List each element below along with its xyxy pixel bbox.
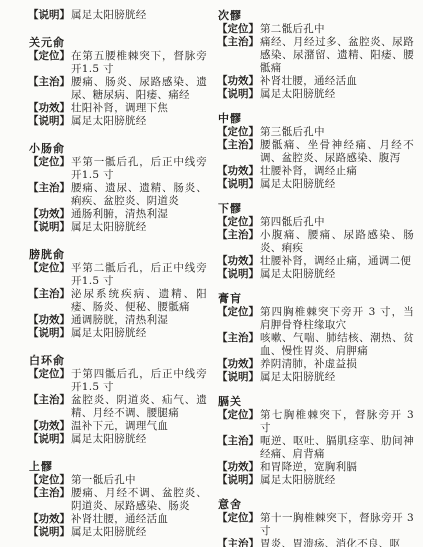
entry-text: 于第四骶后孔，后正中线旁开1.5 寸: [71, 368, 207, 393]
entry-line: 【主治】 咳嗽、气喘、肺结核、潮热、贫血、慢性胃炎、肩胛痛: [217, 332, 414, 358]
column-left: 【说明】 属足太阳膀胱经 关元俞 【定位】 在第五腰椎棘突下，督脉旁开1.5 寸…: [28, 9, 207, 539]
entry-line: 【定位】 第二骶后孔中: [217, 23, 414, 36]
entry-label: 【说明】: [217, 474, 259, 487]
entry-line: 【说明】 属足太阳膀胱经: [217, 474, 414, 487]
entry-text: 通调膀胱，清热利湿: [71, 314, 168, 326]
entry-line: 【主治】 呃逆、呕吐、膈肌痉挛、肋间神经痛、肩背痛: [217, 435, 414, 461]
acupoint-name: 中髎: [218, 112, 414, 125]
entry-line: 【定位】 第七胸椎棘突下，督脉旁开 3 寸: [217, 409, 414, 435]
entry-text: 补肾壮腰，通经活血: [260, 75, 357, 87]
entry-line: 【定位】 第三骶后孔中: [217, 126, 414, 139]
entry-label: 【功效】: [28, 420, 70, 433]
acupoint-name: 白环俞: [29, 354, 207, 367]
entry-label: 【说明】: [28, 327, 70, 340]
entry-label: 【主治】: [217, 139, 259, 152]
entry-list: 【定位】 于第四骶后孔，后正中线旁开1.5 寸 【主治】 盆腔炎、阴道炎、疝气、…: [28, 368, 207, 446]
entry-label: 【定位】: [217, 126, 259, 139]
entry-text: 第十一胸椎棘突下，督脉旁开 3 寸: [260, 512, 414, 537]
entry-text: 腰痛、月经不调、盆腔炎、阴道炎、尿路感染、肠炎: [71, 487, 207, 512]
entry-line: 【定位】 第四骶后孔中: [217, 216, 414, 229]
entry-list: 【定位】 第十一胸椎棘突下，督脉旁开 3 寸 【主治】 胃炎、胃溃疡、消化不良、…: [217, 512, 414, 547]
entry-label: 【功效】: [217, 461, 259, 474]
entry-text: 呃逆、呕吐、膈肌痉挛、肋间神经痛、肩背痛: [260, 435, 414, 460]
entry-label: 【主治】: [28, 394, 70, 407]
entry-label: 【定位】: [28, 368, 70, 381]
entry-text: 壮腰补肾，调经止痛: [260, 165, 357, 177]
entry-text: 养阴清肺，补虚益损: [260, 358, 357, 370]
entry-label: 【功效】: [28, 513, 70, 526]
entry-label: 【主治】: [28, 76, 70, 89]
entry-line: 【定位】 第一骶后孔中: [28, 474, 207, 487]
entry-label: 【主治】: [28, 487, 70, 500]
acupoint-name: 膏肓: [218, 292, 414, 305]
entry-list: 【定位】 第四骶后孔中 【主治】 小腹痛、腰痛、尿路感染、肠炎、痢疾 【功效】 …: [217, 216, 414, 281]
acupoint-name: 小肠俞: [29, 142, 207, 155]
entry-label: 【说明】: [217, 88, 259, 101]
entry-label: 【功效】: [28, 314, 70, 327]
entry-text: 痛经、月经过多、盆腔炎、尿路感染、尿潴留、遗精、阳痿、腰骶痛: [260, 36, 414, 74]
entry-text: 第三骶后孔中: [260, 126, 325, 138]
entry-text: 盆腔炎、阴道炎、疝气、遗精、月经不调、腰腿痛: [71, 394, 207, 419]
entry-text: 平第二骶后孔，后正中线旁开1.5 寸: [71, 262, 207, 287]
entry-label: 【说明】: [28, 433, 70, 446]
entry-line: 【功效】 和胃降逆，宽胸利膈: [217, 461, 414, 474]
entry-list: 【定位】 第七胸椎棘突下，督脉旁开 3 寸 【主治】 呃逆、呕吐、膈肌痉挛、肋间…: [217, 409, 414, 487]
entry-text: 属足太阳膀胱经: [260, 371, 336, 383]
entry-list: 【定位】 平第二骶后孔，后正中线旁开1.5 寸 【主治】 泌尿系统疾病、遗精、阳…: [28, 262, 207, 340]
entry-line: 【主治】 腰痛、月经不调、盆腔炎、阴道炎、尿路感染、肠炎: [28, 487, 207, 513]
entry-text: 属足太阳膀胱经: [260, 268, 336, 280]
acupoint-name: 意舍: [218, 498, 414, 511]
entry-text: 胃炎、胃溃疡、消化不良、呕: [260, 538, 400, 547]
entry-text: 第四骶后孔中: [260, 216, 325, 228]
acupoint-name: 膀胱俞: [29, 248, 207, 261]
entry-text: 咳嗽、气喘、肺结核、潮热、贫血、慢性胃炎、肩胛痛: [260, 332, 414, 357]
entry-text: 平第一骶后孔，后正中线旁开1.5 寸: [71, 156, 207, 181]
entry-list: 【定位】 第四胸椎棘突下旁开 3 寸，当肩胛骨脊柱缘取穴 【主治】 咳嗽、气喘、…: [217, 306, 414, 384]
entry-text: 属足太阳膀胱经: [71, 115, 147, 127]
acupoint-section: 次髎 【定位】 第二骶后孔中 【主治】 痛经、月经过多、盆腔炎、尿路感染、尿潴留…: [217, 9, 414, 101]
entry-line: 【功效】 养阴清肺，补虚益损: [217, 358, 414, 371]
entry-label: 【说明】: [217, 268, 259, 281]
entry-line: 【定位】 平第二骶后孔，后正中线旁开1.5 寸: [28, 262, 207, 288]
entry-list: 【定位】 第三骶后孔中 【主治】 腰骶痛、坐骨神经痛、月经不调、盆腔炎、尿路感染…: [217, 126, 414, 191]
entry-line: 【定位】 在第五腰椎棘突下，督脉旁开1.5 寸: [28, 50, 207, 76]
acupoint-section: 上髎 【定位】 第一骶后孔中 【主治】 腰痛、月经不调、盆腔炎、阴道炎、尿路感染…: [28, 460, 207, 539]
acupoint-name: 下髎: [218, 202, 414, 215]
entry-line: 【说明】 属足太阳膀胱经: [28, 327, 207, 340]
entry-text: 属足太阳膀胱经: [71, 221, 147, 233]
entry-label: 【说明】: [28, 9, 70, 22]
acupoint-section: 白环俞 【定位】 于第四骶后孔，后正中线旁开1.5 寸 【主治】 盆腔炎、阴道炎…: [28, 354, 207, 446]
entry-text: 小腹痛、腰痛、尿路感染、肠炎、痢疾: [260, 229, 414, 254]
acupoint-section: 下髎 【定位】 第四骶后孔中 【主治】 小腹痛、腰痛、尿路感染、肠炎、痢疾 【功…: [217, 202, 414, 281]
acupoint-section: 关元俞 【定位】 在第五腰椎棘突下，督脉旁开1.5 寸 【主治】 腰痛、肠炎、尿…: [28, 36, 207, 128]
entry-label: 【主治】: [28, 288, 70, 301]
acupoint-section: 中髎 【定位】 第三骶后孔中 【主治】 腰骶痛、坐骨神经痛、月经不调、盆腔炎、尿…: [217, 112, 414, 191]
entry-label: 【主治】: [217, 435, 259, 448]
entry-text: 属足太阳膀胱经: [260, 88, 336, 100]
entry-line: 【说明】 属足太阳膀胱经: [28, 9, 207, 22]
entry-text: 通肠利腑，清热利湿: [71, 208, 168, 220]
acupoint-name: 膈关: [218, 395, 414, 408]
entry-text: 属足太阳膀胱经: [260, 474, 336, 486]
entry-line: 【主治】 痛经、月经过多、盆腔炎、尿路感染、尿潴留、遗精、阳痿、腰骶痛: [217, 36, 414, 75]
column-right: 次髎 【定位】 第二骶后孔中 【主治】 痛经、月经过多、盆腔炎、尿路感染、尿潴留…: [217, 9, 414, 547]
entry-text: 属足太阳膀胱经: [71, 327, 147, 339]
entry-label: 【功效】: [217, 358, 259, 371]
entry-list: 【说明】 属足太阳膀胱经: [28, 9, 207, 22]
entry-text: 和胃降逆，宽胸利膈: [260, 461, 357, 473]
entry-label: 【定位】: [217, 306, 259, 319]
entry-label: 【功效】: [217, 75, 259, 88]
entry-line: 【主治】 胃炎、胃溃疡、消化不良、呕: [217, 538, 414, 547]
acupoint-section: 膀胱俞 【定位】 平第二骶后孔，后正中线旁开1.5 寸 【主治】 泌尿系统疾病、…: [28, 248, 207, 340]
entry-line: 【主治】 泌尿系统疾病、遗精、阳痿、肠炎、便秘、腰骶痛: [28, 288, 207, 314]
entry-line: 【功效】 壮阳补肾，调理下焦: [28, 102, 207, 115]
entry-line: 【说明】 属足太阳膀胱经: [28, 433, 207, 446]
entry-text: 补肾壮腰，通经活血: [71, 513, 168, 525]
entry-line: 【定位】 第四胸椎棘突下旁开 3 寸，当肩胛骨脊柱缘取穴: [217, 306, 414, 332]
acupoint-section: 膈关 【定位】 第七胸椎棘突下，督脉旁开 3 寸 【主治】 呃逆、呕吐、膈肌痉挛…: [217, 395, 414, 487]
entry-line: 【定位】 第十一胸椎棘突下，督脉旁开 3 寸: [217, 512, 414, 538]
entry-label: 【定位】: [28, 50, 70, 63]
entry-text: 在第五腰椎棘突下，督脉旁开1.5 寸: [71, 50, 207, 75]
entry-line: 【说明】 属足太阳膀胱经: [217, 88, 414, 101]
entry-text: 属足太阳膀胱经: [260, 178, 336, 190]
entry-text: 泌尿系统疾病、遗精、阳痿、肠炎、便秘、腰骶痛: [71, 288, 207, 313]
entry-line: 【说明】 属足太阳膀胱经: [28, 526, 207, 539]
entry-text: 腰骶痛、坐骨神经痛、月经不调、盆腔炎、尿路感染、腹泻: [260, 139, 414, 164]
entry-line: 【主治】 腰痛、遗尿、遗精、肠炎、痢疾、盆腔炎、阴道炎: [28, 182, 207, 208]
entry-label: 【功效】: [28, 208, 70, 221]
entry-list: 【定位】 第二骶后孔中 【主治】 痛经、月经过多、盆腔炎、尿路感染、尿潴留、遗精…: [217, 23, 414, 101]
entry-line: 【主治】 腰骶痛、坐骨神经痛、月经不调、盆腔炎、尿路感染、腹泻: [217, 139, 414, 165]
entry-list: 【定位】 平第一骶后孔，后正中线旁开1.5 寸 【主治】 腰痛、遗尿、遗精、肠炎…: [28, 156, 207, 234]
entry-line: 【主治】 盆腔炎、阴道炎、疝气、遗精、月经不调、腰腿痛: [28, 394, 207, 420]
book-page: { "page": { "background": "#fbfbf9", "te…: [0, 0, 423, 547]
entry-label: 【功效】: [217, 255, 259, 268]
entry-label: 【功效】: [217, 165, 259, 178]
entry-label: 【说明】: [217, 178, 259, 191]
acupoint-name: 次髎: [218, 9, 414, 22]
entry-list: 【定位】 第一骶后孔中 【主治】 腰痛、月经不调、盆腔炎、阴道炎、尿路感染、肠炎…: [28, 474, 207, 539]
entry-line: 【主治】 小腹痛、腰痛、尿路感染、肠炎、痢疾: [217, 229, 414, 255]
entry-label: 【主治】: [217, 538, 259, 547]
entry-line: 【功效】 壮腰补肾，调经止痛: [217, 165, 414, 178]
entry-line: 【功效】 补肾壮腰，通经活血: [217, 75, 414, 88]
entry-line: 【定位】 平第一骶后孔，后正中线旁开1.5 寸: [28, 156, 207, 182]
entry-label: 【说明】: [217, 371, 259, 384]
entry-text: 第四胸椎棘突下旁开 3 寸，当肩胛骨脊柱缘取穴: [260, 306, 414, 331]
entry-line: 【定位】 于第四骶后孔，后正中线旁开1.5 寸: [28, 368, 207, 394]
entry-text: 壮腰补肾，调经止痛，通调二便: [260, 255, 411, 267]
entry-label: 【说明】: [28, 526, 70, 539]
entry-label: 【说明】: [28, 221, 70, 234]
entry-label: 【主治】: [217, 229, 259, 242]
entry-text: 属足太阳膀胱经: [71, 9, 147, 21]
entry-label: 【定位】: [217, 512, 259, 525]
scanned-text-page: 【说明】 属足太阳膀胱经 关元俞 【定位】 在第五腰椎棘突下，督脉旁开1.5 寸…: [0, 0, 423, 547]
entry-text: 第二骶后孔中: [260, 23, 325, 35]
entry-line: 【说明】 属足太阳膀胱经: [217, 268, 414, 281]
entry-line: 【说明】 属足太阳膀胱经: [28, 115, 207, 128]
entry-label: 【定位】: [217, 216, 259, 229]
entry-label: 【定位】: [217, 409, 259, 422]
entry-line: 【主治】 腰痛、肠炎、尿路感染、遗尿、糖尿病、阳痿、痛经: [28, 76, 207, 102]
entry-text: 腰痛、肠炎、尿路感染、遗尿、糖尿病、阳痿、痛经: [71, 76, 207, 101]
entry-line: 【功效】 壮腰补肾，调经止痛，通调二便: [217, 255, 414, 268]
entry-text: 壮阳补肾，调理下焦: [71, 102, 168, 114]
entry-line: 【说明】 属足太阳膀胱经: [28, 221, 207, 234]
entry-text: 属足太阳膀胱经: [71, 433, 147, 445]
entry-label: 【功效】: [28, 102, 70, 115]
entry-text: 腰痛、遗尿、遗精、肠炎、痢疾、盆腔炎、阴道炎: [71, 182, 207, 207]
entry-label: 【定位】: [28, 262, 70, 275]
acupoint-name: 上髎: [29, 460, 207, 473]
acupoint-section: 意舍 【定位】 第十一胸椎棘突下，督脉旁开 3 寸 【主治】 胃炎、胃溃疡、消化…: [217, 498, 414, 547]
acupoint-name: 关元俞: [29, 36, 207, 49]
entry-label: 【定位】: [28, 156, 70, 169]
entry-text: 第七胸椎棘突下，督脉旁开 3 寸: [260, 409, 414, 434]
entry-line: 【说明】 属足太阳膀胱经: [217, 371, 414, 384]
entry-line: 【功效】 补肾壮腰，通经活血: [28, 513, 207, 526]
entry-list: 【定位】 在第五腰椎棘突下，督脉旁开1.5 寸 【主治】 腰痛、肠炎、尿路感染、…: [28, 50, 207, 128]
entry-line: 【说明】 属足太阳膀胱经: [217, 178, 414, 191]
entry-text: 温补下元，调理气血: [71, 420, 168, 432]
acupoint-section: 【说明】 属足太阳膀胱经: [28, 9, 207, 22]
entry-line: 【功效】 通调膀胱，清热利湿: [28, 314, 207, 327]
entry-label: 【说明】: [28, 115, 70, 128]
acupoint-section: 膏肓 【定位】 第四胸椎棘突下旁开 3 寸，当肩胛骨脊柱缘取穴 【主治】 咳嗽、…: [217, 292, 414, 384]
entry-line: 【功效】 通肠利腑，清热利湿: [28, 208, 207, 221]
entry-label: 【主治】: [217, 36, 259, 49]
entry-label: 【主治】: [217, 332, 259, 345]
entry-line: 【功效】 温补下元，调理气血: [28, 420, 207, 433]
acupoint-section: 小肠俞 【定位】 平第一骶后孔，后正中线旁开1.5 寸 【主治】 腰痛、遗尿、遗…: [28, 142, 207, 234]
entry-text: 属足太阳膀胱经: [71, 526, 147, 538]
entry-label: 【定位】: [28, 474, 70, 487]
entry-label: 【主治】: [28, 182, 70, 195]
entry-text: 第一骶后孔中: [71, 474, 136, 486]
entry-label: 【定位】: [217, 23, 259, 36]
